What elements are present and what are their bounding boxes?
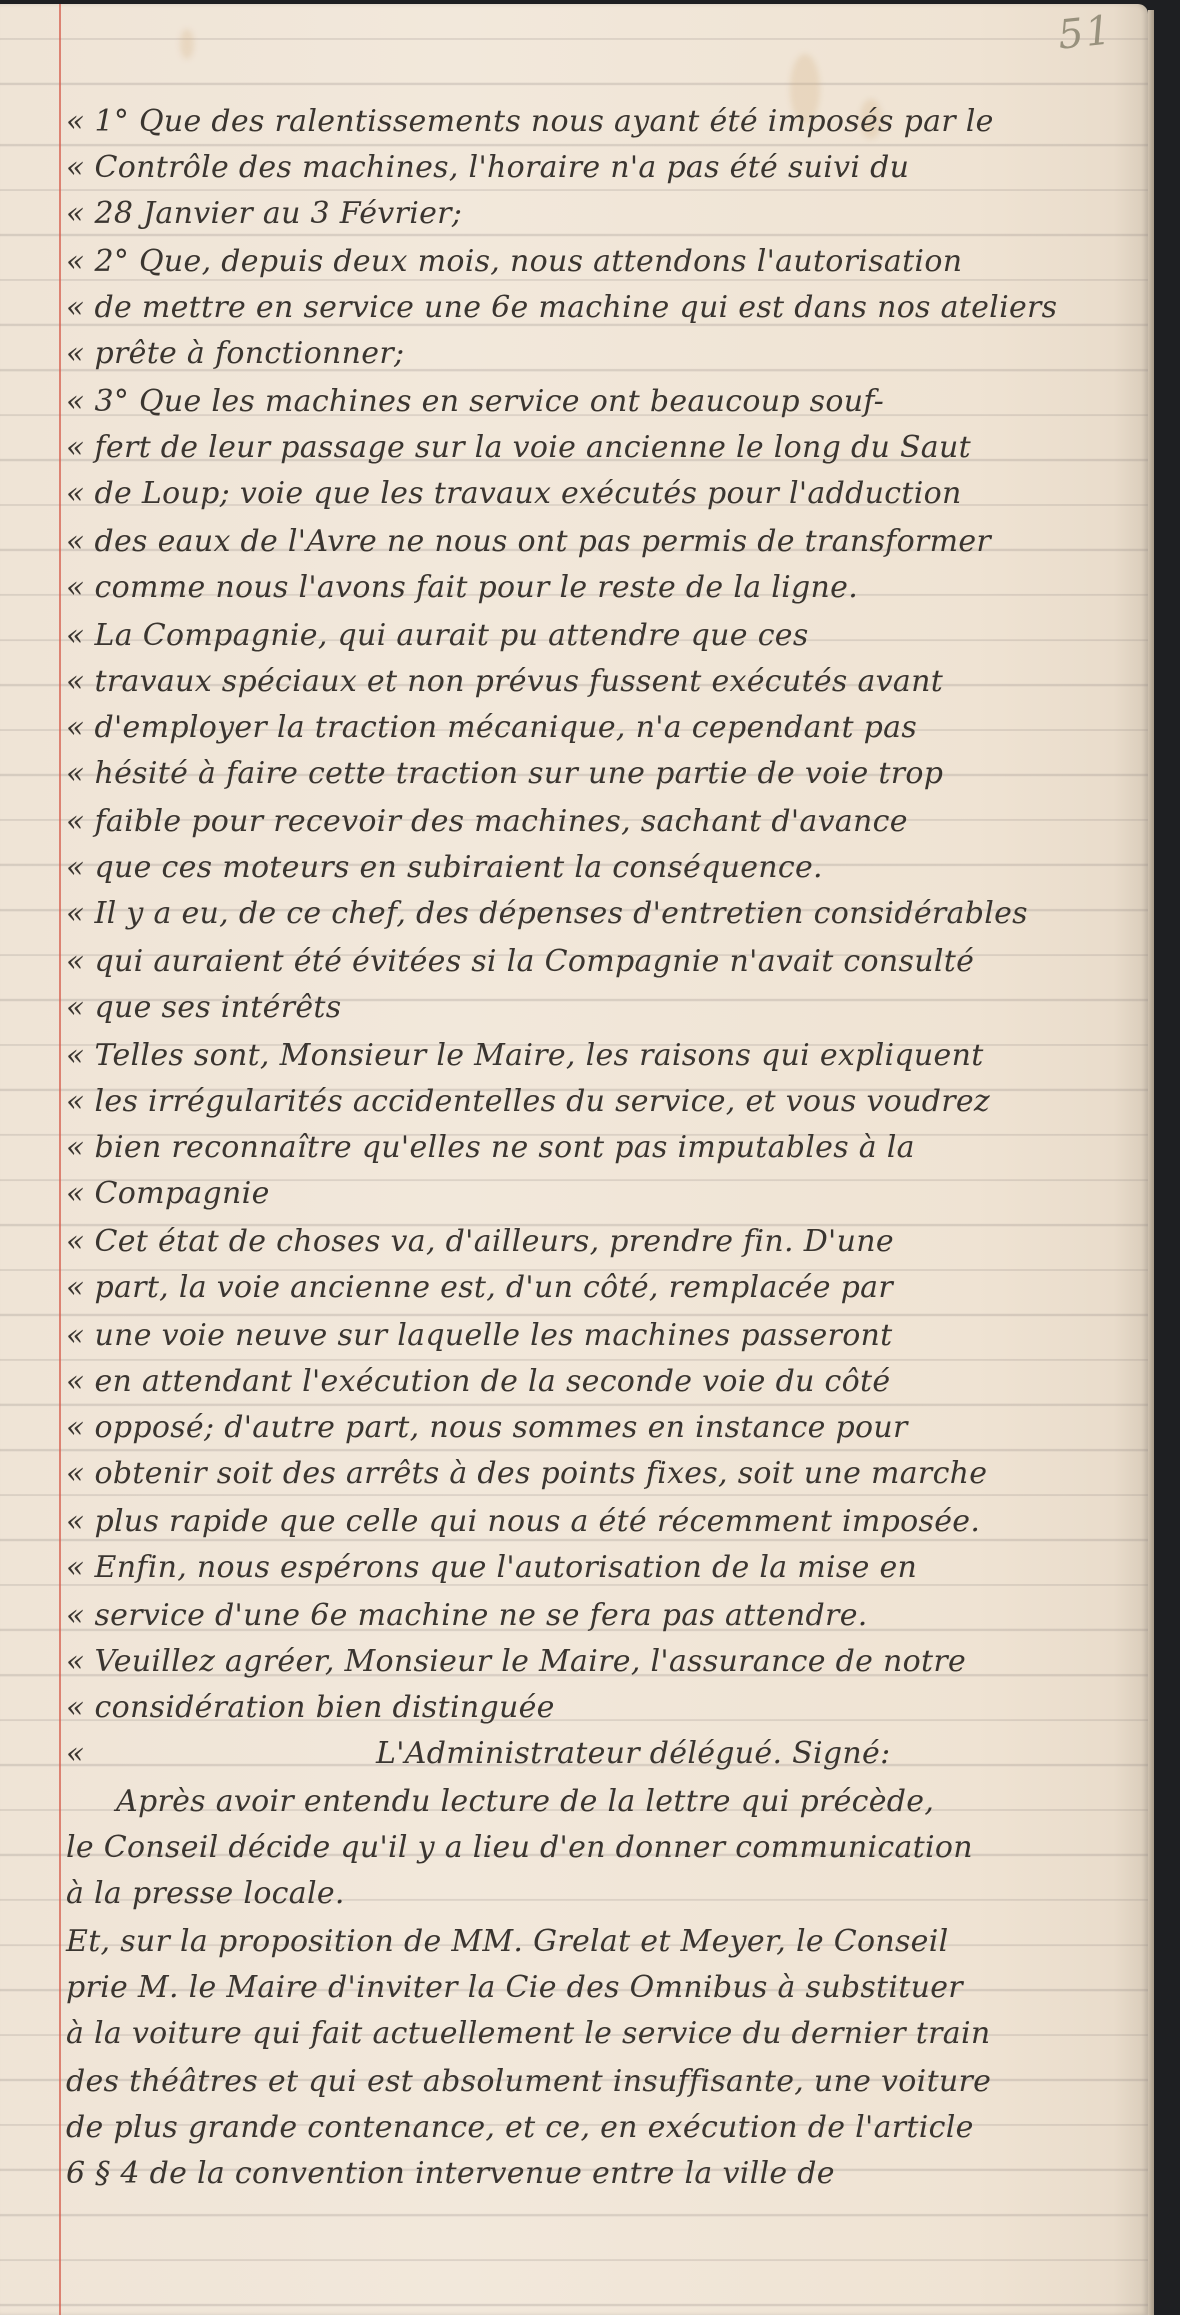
manuscript-line: « qui auraient été évitées si la Compagn…: [66, 944, 974, 979]
manuscript-line: « travaux spéciaux et non prévus fussent…: [66, 664, 943, 699]
manuscript-line: le Conseil décide qu'il y a lieu d'en do…: [66, 1830, 973, 1865]
manuscript-line: « plus rapide que celle qui nous a été r…: [66, 1504, 980, 1539]
manuscript-line: « Telles sont, Monsieur le Maire, les ra…: [66, 1038, 984, 1073]
manuscript-line: « obtenir soit des arrêts à des points f…: [66, 1456, 987, 1491]
manuscript-line: de plus grande contenance, et ce, en exé…: [66, 2110, 974, 2145]
paper-stain: [180, 29, 194, 59]
manuscript-line: « 2° Que, depuis deux mois, nous attendo…: [66, 244, 962, 279]
manuscript-line: 6 § 4 de la convention intervenue entre …: [66, 2156, 835, 2191]
manuscript-line: « Veuillez agréer, Monsieur le Maire, l'…: [66, 1644, 966, 1679]
manuscript-line: « les irrégularités accidentelles du ser…: [66, 1084, 990, 1119]
manuscript-line: « des eaux de l'Avre ne nous ont pas per…: [66, 524, 991, 559]
manuscript-line: « bien reconnaître qu'elles ne sont pas …: [66, 1130, 915, 1165]
manuscript-line: à la presse locale.: [66, 1876, 345, 1911]
manuscript-line: « de Loup; voie que les travaux exécutés…: [66, 476, 962, 511]
manuscript-line: « de mettre en service une 6e machine qu…: [66, 290, 1057, 325]
manuscript-line: « 3° Que les machines en service ont bea…: [66, 384, 884, 419]
manuscript-line: « Enfin, nous espérons que l'autorisatio…: [66, 1550, 917, 1585]
manuscript-line: « fert de leur passage sur la voie ancie…: [66, 430, 971, 465]
manuscript-line: « 1° Que des ralentissements nous ayant …: [66, 104, 994, 139]
manuscript-line: « part, la voie ancienne est, d'un côté,…: [66, 1270, 893, 1305]
manuscript-line: « que ses intérêts: [66, 990, 341, 1025]
manuscript-line: des théâtres et qui est absolument insuf…: [66, 2064, 991, 2099]
manuscript-line: « d'employer la traction mécanique, n'a …: [66, 710, 917, 745]
manuscript-line: « hésité à faire cette traction sur une …: [66, 756, 943, 791]
page-number: 51: [1056, 7, 1115, 58]
manuscript-line: « Contrôle des machines, l'horaire n'a p…: [66, 150, 909, 185]
manuscript-line: « Il y a eu, de ce chef, des dépenses d'…: [66, 896, 1028, 931]
signature-quote-mark: «: [66, 1736, 85, 1771]
manuscript-line: « considération bien distinguée: [66, 1690, 555, 1725]
manuscript-line: « une voie neuve sur laquelle les machin…: [66, 1318, 893, 1353]
manuscript-line: Et, sur la proposition de MM. Grelat et …: [66, 1924, 949, 1959]
manuscript-line: « prête à fonctionner;: [66, 336, 404, 371]
manuscript-line: à la voiture qui fait actuellement le se…: [66, 2016, 990, 2051]
manuscript-line: « La Compagnie, qui aurait pu attendre q…: [66, 618, 809, 653]
page-edge: [1148, 10, 1154, 2315]
manuscript-line: prie M. le Maire d'inviter la Cie des Om…: [66, 1970, 963, 2005]
manuscript-line: « comme nous l'avons fait pour le reste …: [66, 570, 858, 605]
manuscript-line: « service d'une 6e machine ne se fera pa…: [66, 1598, 868, 1633]
signature-line: L'Administrateur délégué. Signé:: [376, 1736, 890, 1771]
manuscript-line: « faible pour recevoir des machines, sac…: [66, 804, 908, 839]
manuscript-line: « opposé; d'autre part, nous sommes en i…: [66, 1410, 908, 1445]
margin-rule: [59, 4, 61, 2315]
manuscript-line: « en attendant l'exécution de la seconde…: [66, 1364, 890, 1399]
manuscript-line: « Cet état de choses va, d'ailleurs, pre…: [66, 1224, 894, 1259]
manuscript-line: « Compagnie: [66, 1176, 270, 1211]
manuscript-line: « 28 Janvier au 3 Février;: [66, 196, 462, 231]
manuscript-line: Après avoir entendu lecture de la lettre…: [116, 1784, 934, 1819]
manuscript-line: « que ces moteurs en subiraient la consé…: [66, 850, 823, 885]
register-page: 51 « 1° Que des ralentissements nous aya…: [0, 4, 1148, 2315]
